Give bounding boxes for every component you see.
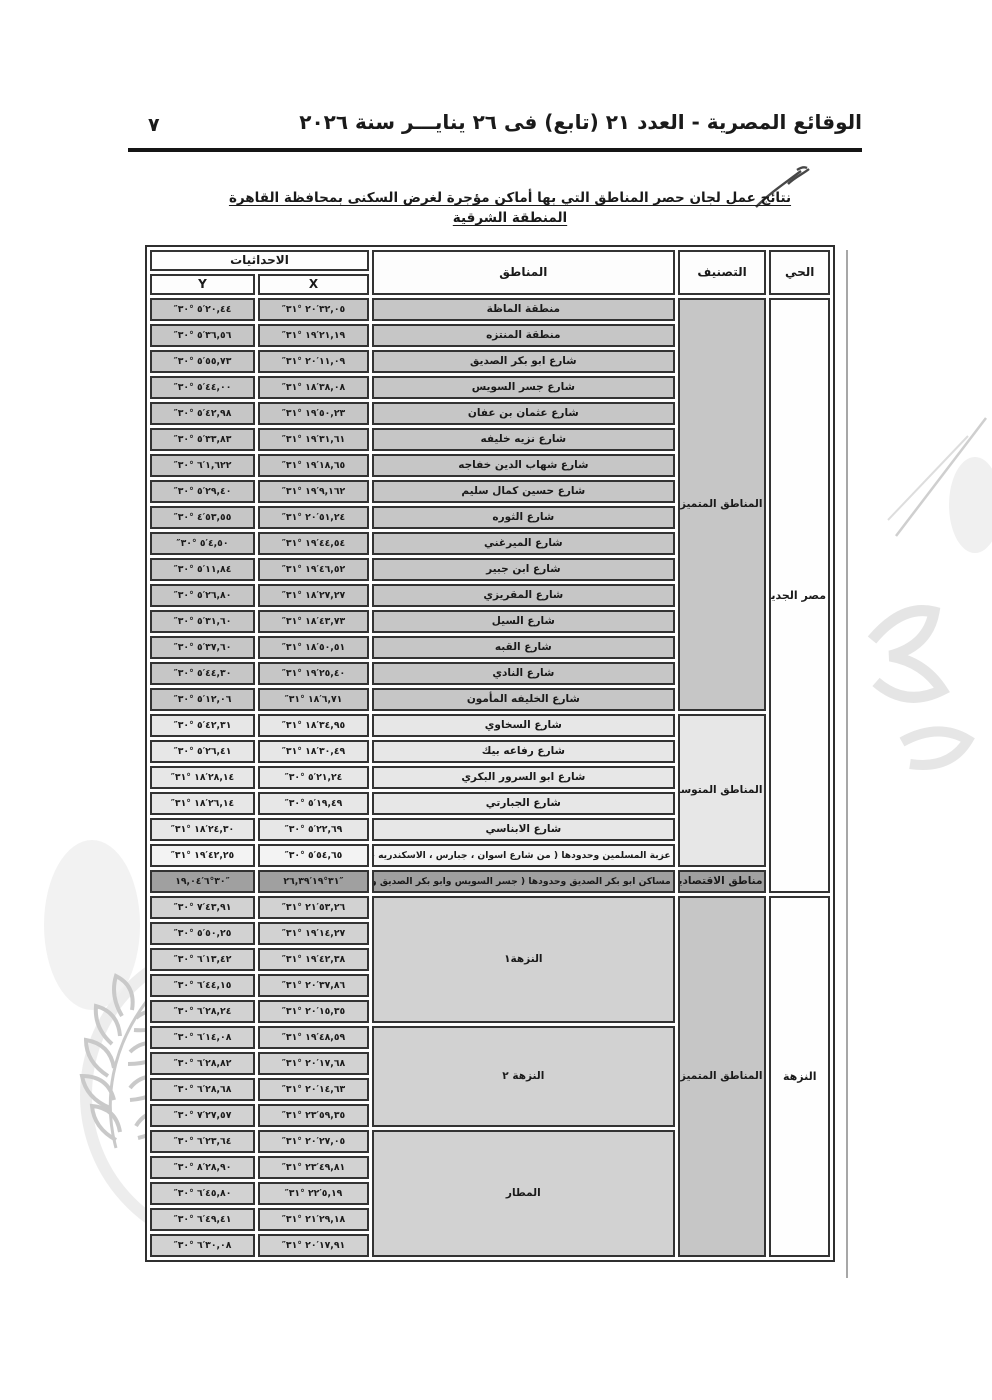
coord-cell-y: ″٤٥,٨٠′٦ °٣٠ [150, 1182, 255, 1205]
coord-cell-y: ″٣٠,٠٨′٦ °٣٠ [150, 1234, 255, 1257]
coord-cell-y: ″٥٥,٧٣′٥ °٣٠ [150, 350, 255, 373]
coord-cell-y: ″٣٦,٥٦′٥ °٣٠ [150, 324, 255, 347]
masthead-title: الوقائع المصرية - العدد ٢١ (تابع) فى ٢٦ … [299, 110, 862, 134]
area-cell: شارع القبه [372, 636, 675, 659]
coord-cell-y: ″٢٨,٦٨′٦ °٣٠ [150, 1078, 255, 1101]
coord-cell-y: ″٢٨,٩٠′٨ °٣٠ [150, 1156, 255, 1179]
coord-cell-x: ″٤٢,٣٨′١٩ °٣١ [258, 948, 369, 971]
coord-cell-y: ″٢٨,١٤′١٨ °٣١ [150, 766, 255, 789]
coord-cell-y: ″٢٧,٥٧′٧ °٣٠ [150, 1104, 255, 1127]
coord-cell-x: ″١٧,٩١′٢٠ °٣١ [258, 1234, 369, 1257]
coord-cell-x: ″٥,١٩′٢٢ °٣١ [258, 1182, 369, 1205]
masthead-rule [128, 148, 862, 152]
district-cell: النزهة [769, 896, 830, 1257]
coord-cell-x: ″٤٩,٨١′٢٣ °٣١ [258, 1156, 369, 1179]
coord-cell-y: ″٣٣,٨٣′٥ °٣٠ [150, 428, 255, 451]
area-cell: شارع السخاوي [372, 714, 675, 737]
coord-cell-y: ″٢٨,٢٤′٦ °٣٠ [150, 1000, 255, 1023]
coord-cell-y: ″٤٤,٠٠′٥ °٣٠ [150, 376, 255, 399]
table-row: مصر الجديدةالمناطق المتميزةمنطقة الماظة″… [150, 298, 830, 321]
area-cell: شارع الميرغني [372, 532, 675, 555]
classification-cell: المناطق المتميزة [678, 896, 767, 1257]
area-cell: شارع رفاعه بيك [372, 740, 675, 763]
area-cell: منطقة الماظة [372, 298, 675, 321]
coord-cell-y: ″٤٩,٤١′٦ °٣٠ [150, 1208, 255, 1231]
coord-cell-y: ″٤٣,٩١′٧ °٣٠ [150, 896, 255, 919]
coord-cell-x: ″١٤,٢٧′١٩ °٣١ [258, 922, 369, 945]
coord-cell-x: ″٢٧,٠٥′٢٠ °٣١ [258, 1130, 369, 1153]
coord-cell-x: ″٣١,٦١′١٩ °٣١ [258, 428, 369, 451]
coord-cell-x: ″٥١,٢٤′٢٠ °٣١ [258, 506, 369, 529]
areas-table: الحي التصنيف المناطق الاحداثيات X Y مصر … [145, 245, 835, 1262]
coord-cell-x: ″٣٢,٠٥′٢٠ °٣١ [258, 298, 369, 321]
coord-cell-y: ″٢٦,١٤′١٨ °٣١ [150, 792, 255, 815]
coord-cell-x: ″٢٧,٢٧′١٨ °٣١ [258, 584, 369, 607]
coord-cell-x: ″٢١,١٩′١٩ °٣١ [258, 324, 369, 347]
document-title: نتائج عمل لجان حصر المناطق التي بها أماك… [180, 190, 840, 206]
coord-cell-y: ″٣١,٦٠′٥ °٣٠ [150, 610, 255, 633]
coord-cell-y: ″٣٧,٦٠′٥ °٣٠ [150, 636, 255, 659]
table-row: المناطق المتوسطةشارع السخاوي″٣٤,٩٥′١٨ °٣… [150, 714, 830, 737]
coord-cell-y: ″١٢,٠٦′٥ °٣٠ [150, 688, 255, 711]
area-cell: شارع النادي [372, 662, 675, 685]
table-header-row: الحي التصنيف المناطق الاحداثيات [150, 250, 830, 271]
area-cell: منطقة المنتزه [372, 324, 675, 347]
area-cell: شارع السيل [372, 610, 675, 633]
coord-cell-y: ″١١,٨٤′٥ °٣٠ [150, 558, 255, 581]
coord-cell-x: ″٢٩,١٨′٢١ °٣١ [258, 1208, 369, 1231]
coord-cell-x: ″١٨,٦٥′١٩ °٣١ [258, 454, 369, 477]
coord-cell-x: ″٣٤,٩٥′١٨ °٣١ [258, 714, 369, 737]
coord-cell-x: ″٤٦,٥٢′١٩ °٣١ [258, 558, 369, 581]
coord-cell-x: ″٢١,٢٤′٥ °٣٠ [258, 766, 369, 789]
area-cell: المطار [372, 1130, 675, 1257]
document-subtitle: المنطقة الشرقية [180, 210, 840, 226]
coord-cell-x: ″١٩,٤٩′٥ °٣٠ [258, 792, 369, 815]
area-cell: شارع نزيه خليفه [372, 428, 675, 451]
coord-cell-y: ″٢٦,٨٠′٥ °٣٠ [150, 584, 255, 607]
page-number: ٧ [148, 114, 160, 136]
coord-cell-x: ″٤٨,٥٩′١٩ °٣١ [258, 1026, 369, 1049]
table-row: النزهةالمناطق المتميزةالنزهة١″٥٣,٢٦′٢١ °… [150, 896, 830, 919]
coord-cell-x: ٣١°١٩′٢٦,٣٩″ [258, 870, 369, 893]
table-row: مناطق الاقتصاديةمساكن ابو بكر الصديق وحد… [150, 870, 830, 893]
header-y: Y [150, 274, 255, 295]
classification-cell: المناطق المتوسطة [678, 714, 767, 867]
coord-cell-x: ″٥٠,٥١′١٨ °٣١ [258, 636, 369, 659]
coord-cell-x: ″١٥,٣٥′٢٠ °٣١ [258, 1000, 369, 1023]
coord-cell-y: ″٢٩,٤٠′٥ °٣٠ [150, 480, 255, 503]
coord-cell-y: ″٥٣,٥٥′٤ °٣٠ [150, 506, 255, 529]
coord-cell-x: ″٣٧,٨٦′٢٠ °٣١ [258, 974, 369, 997]
coord-cell-y: ″٥٠,٢٥′٥ °٣٠ [150, 922, 255, 945]
coord-cell-x: ″٦,٧١′١٨ °٣١ [258, 688, 369, 711]
area-cell: شارع ابو السرور البكري [372, 766, 675, 789]
area-cell: شارع حسين كمال سليم [372, 480, 675, 503]
document-titles: نتائج عمل لجان حصر المناطق التي بها أماك… [180, 190, 840, 226]
coord-cell-y: ″٢٣,٦٤′٦ °٣٠ [150, 1130, 255, 1153]
area-cell: شارع الابناسي [372, 818, 675, 841]
coord-cell-x: ″٣٠,٤٩′١٨ °٣١ [258, 740, 369, 763]
coord-cell-y: ″٤٢,٣١′٥ °٣٠ [150, 714, 255, 737]
coord-cell-y: ″٤٢,٢٥′١٩ °٣١ [150, 844, 255, 867]
coord-cell-y: ″٤٤,١٥′٦ °٣٠ [150, 974, 255, 997]
coord-cell-x: ″٥٠,٢٣′١٩ °٣١ [258, 402, 369, 425]
coord-cell-x: ″٥٤,٦٥′٥ °٣٠ [258, 844, 369, 867]
coord-cell-y: ″٢٦,٤١′٥ °٣٠ [150, 740, 255, 763]
coord-cell-x: ″١٧,٦٨′٢٠ °٣١ [258, 1052, 369, 1075]
gazette-page: ٧ الوقائع المصرية - العدد ٢١ (تابع) فى ٢… [0, 0, 992, 1400]
area-cell: النزهة١ [372, 896, 675, 1023]
coord-cell-y: ″٢٠,٤٤′٥ °٣٠ [150, 298, 255, 321]
area-cell: شارع الخليفه المأمون [372, 688, 675, 711]
coord-cell-y: ″٤٤,٣٠′٥ °٣٠ [150, 662, 255, 685]
coord-cell-x: ″٢٢,٦٩′٥ °٣٠ [258, 818, 369, 841]
area-cell: شارع ابن جبير [372, 558, 675, 581]
header-district: الحي [769, 250, 830, 295]
coord-cell-x: ″٩,١٦٢′١٩ °٣١ [258, 480, 369, 503]
coord-cell-x: ″٣٨,٠٨′١٨ °٣١ [258, 376, 369, 399]
area-cell: شارع المقريزي [372, 584, 675, 607]
area-cell: شارع عثمان بن عفان [372, 402, 675, 425]
coord-cell-y: ٣٠°٦′١٩,٠٤″ [150, 870, 255, 893]
coord-cell-x: ″٤٤,٥٤′١٩ °٣١ [258, 532, 369, 555]
area-cell: شارع الثوره [372, 506, 675, 529]
area-cell: النزهة ٢ [372, 1026, 675, 1127]
classification-cell: المناطق المتميزة [678, 298, 767, 711]
classification-cell: مناطق الاقتصادية [678, 870, 767, 893]
coord-cell-y: ″٢٤,٣٠′١٨ °٣١ [150, 818, 255, 841]
coord-cell-y: ″٤٢,٩٨′٥ °٣٠ [150, 402, 255, 425]
coord-cell-x: ″٥٩,٣٥′٢٣ °٣١ [258, 1104, 369, 1127]
header-areas: المناطق [372, 250, 675, 295]
area-cell: شارع شهاب الدين خفاجه [372, 454, 675, 477]
district-cell: مصر الجديدة [769, 298, 830, 893]
header-x: X [258, 274, 369, 295]
header-classification: التصنيف [678, 250, 767, 295]
coord-cell-y: ″٢٨,٨٢′٦ °٣٠ [150, 1052, 255, 1075]
coord-cell-x: ″١٤,٦٣′٢٠ °٣١ [258, 1078, 369, 1101]
coord-cell-x: ″٥٣,٢٦′٢١ °٣١ [258, 896, 369, 919]
area-cell: عزبة المسلمين وحدودها ( من شارع اسوان ، … [372, 844, 675, 867]
area-cell: مساكن ابو بكر الصديق وحدودها ( جسر السوي… [372, 870, 675, 893]
coord-cell-y: ″١٣,٤٢′٦ °٣٠ [150, 948, 255, 971]
area-cell: شارع جسر السويس [372, 376, 675, 399]
area-cell: شارع ابو بكر الصديق [372, 350, 675, 373]
coord-cell-y: ″١,٦٢٢′٦ °٣٠ [150, 454, 255, 477]
coord-cell-x: ″٢٥,٤٠′١٩ °٣١ [258, 662, 369, 685]
coord-cell-y: ″١٤,٠٨′٦ °٣٠ [150, 1026, 255, 1049]
area-cell: شارع الجبارتي [372, 792, 675, 815]
header-coordinates: الاحداثيات [150, 250, 369, 271]
coord-cell-y: ″٤,٥٠′٥ °٣٠ [150, 532, 255, 555]
coord-cell-x: ″١١,٠٩′٢٠ °٣١ [258, 350, 369, 373]
coord-cell-x: ″٤٣,٧٣′١٨ °٣١ [258, 610, 369, 633]
